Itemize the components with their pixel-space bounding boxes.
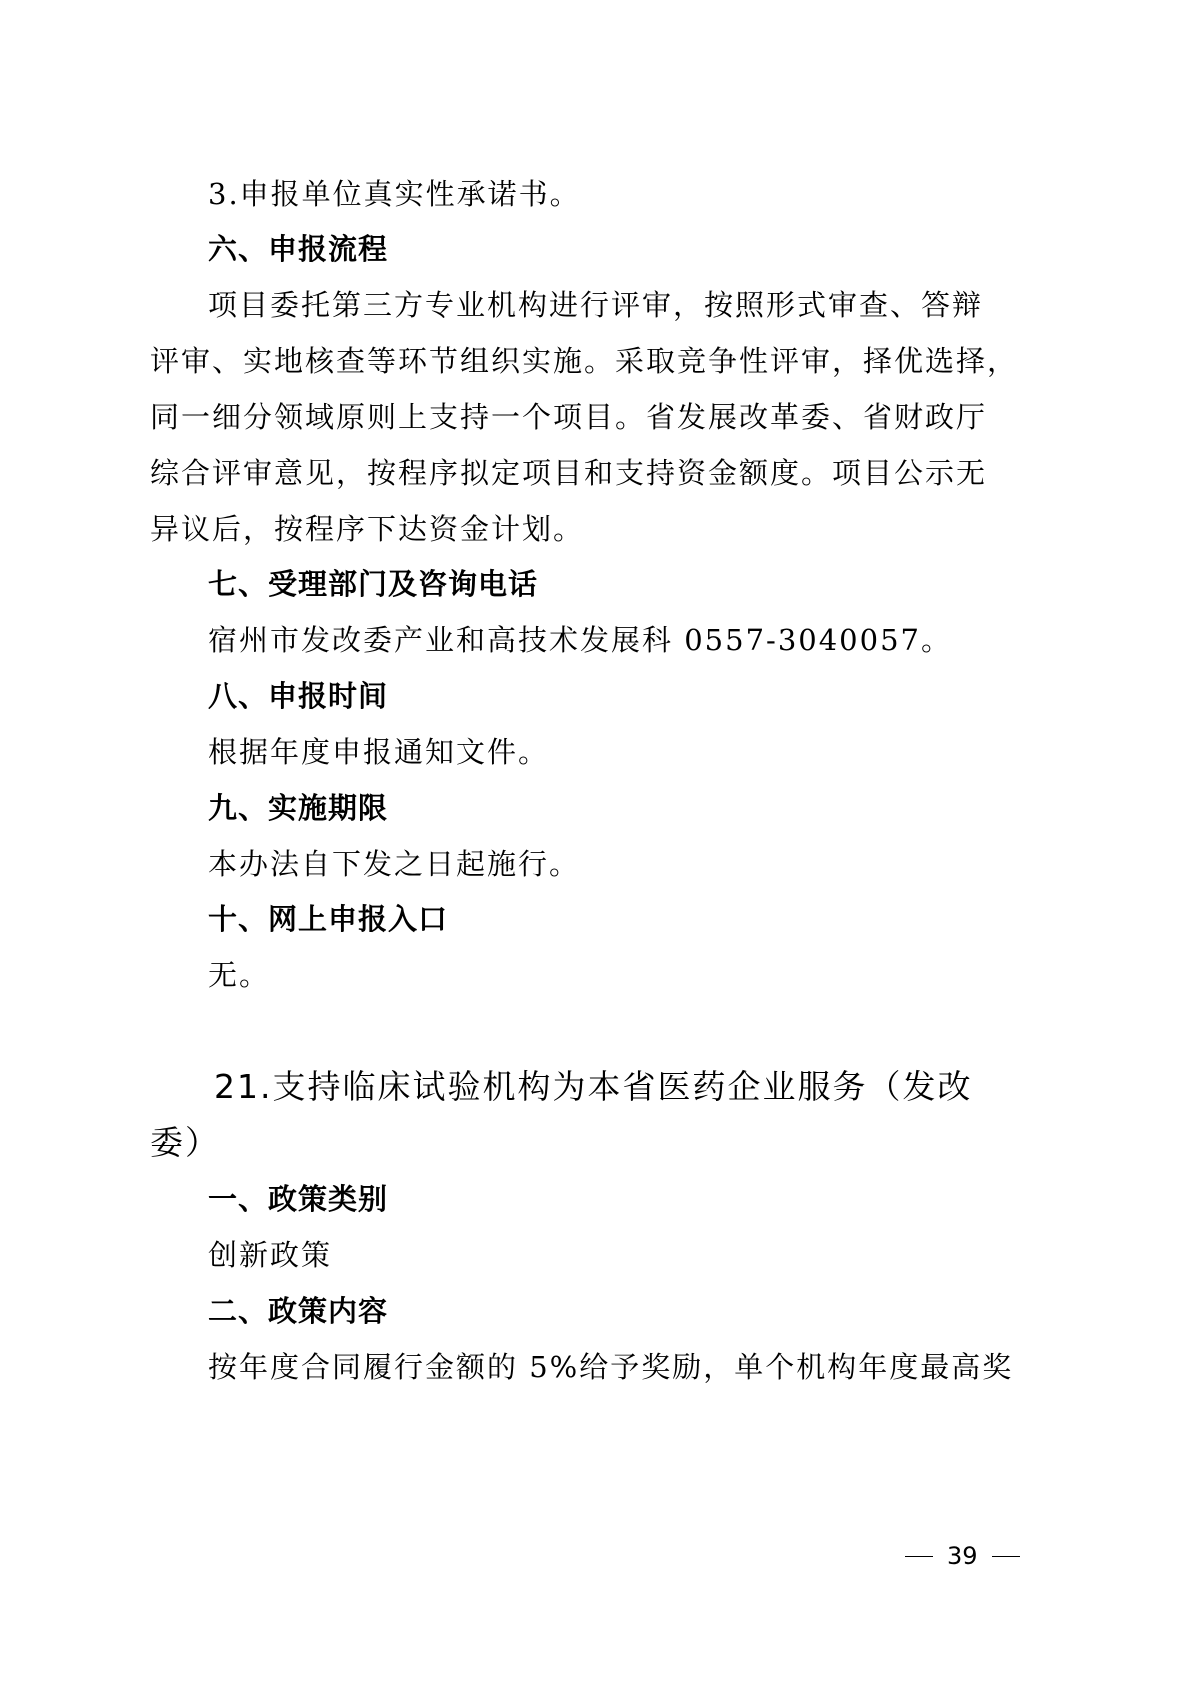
policy-title: 21.支持临床试验机构为本省医药企业服务（发改 <box>214 1065 960 1109</box>
contact-line: 宿州市发改委产业和高技术发展科 0557-3040057。 <box>208 622 952 658</box>
document-page: 3.申报单位真实性承诺书。 六、申报流程 项目委托第三方专业机构进行评审，按照形… <box>0 0 1190 1683</box>
section-heading-10: 十、网上申报入口 <box>208 901 448 937</box>
page-number-value: 39 <box>947 1541 978 1571</box>
paragraph-line: 本办法自下发之日起施行。 <box>208 846 580 882</box>
section-heading-2: 二、政策内容 <box>208 1293 388 1329</box>
section-heading-1: 一、政策类别 <box>208 1181 388 1217</box>
page-number: 39 <box>905 1541 1020 1571</box>
policy-title-continued: 委） <box>150 1121 220 1165</box>
dash-left <box>905 1556 933 1557</box>
paragraph-line: 评审、实地核查等环节组织实施。采取竞争性评审，择优选择， <box>150 343 960 379</box>
section-heading-6: 六、申报流程 <box>208 231 388 267</box>
paragraph-line: 异议后，按程序下达资金计划。 <box>150 511 584 547</box>
paragraph-line: 根据年度申报通知文件。 <box>208 734 549 770</box>
paragraph-line: 项目委托第三方专业机构进行评审，按照形式审查、答辩 <box>208 287 960 323</box>
paragraph-line: 同一细分领域原则上支持一个项目。省发展改革委、省财政厅 <box>150 399 960 435</box>
section-heading-9: 九、实施期限 <box>208 790 388 826</box>
paragraph-line: 按年度合同履行金额的 5%给予奖励，单个机构年度最高奖 <box>208 1349 960 1385</box>
section-heading-8: 八、申报时间 <box>208 678 388 714</box>
paragraph-line: 综合评审意见，按程序拟定项目和支持资金额度。项目公示无 <box>150 455 960 491</box>
policy-category: 创新政策 <box>208 1237 332 1273</box>
dash-right <box>992 1556 1020 1557</box>
paragraph-line: 无。 <box>208 957 270 993</box>
section-heading-7: 七、受理部门及咨询电话 <box>208 566 538 602</box>
attachment-item-3: 3.申报单位真实性承诺书。 <box>208 176 581 212</box>
